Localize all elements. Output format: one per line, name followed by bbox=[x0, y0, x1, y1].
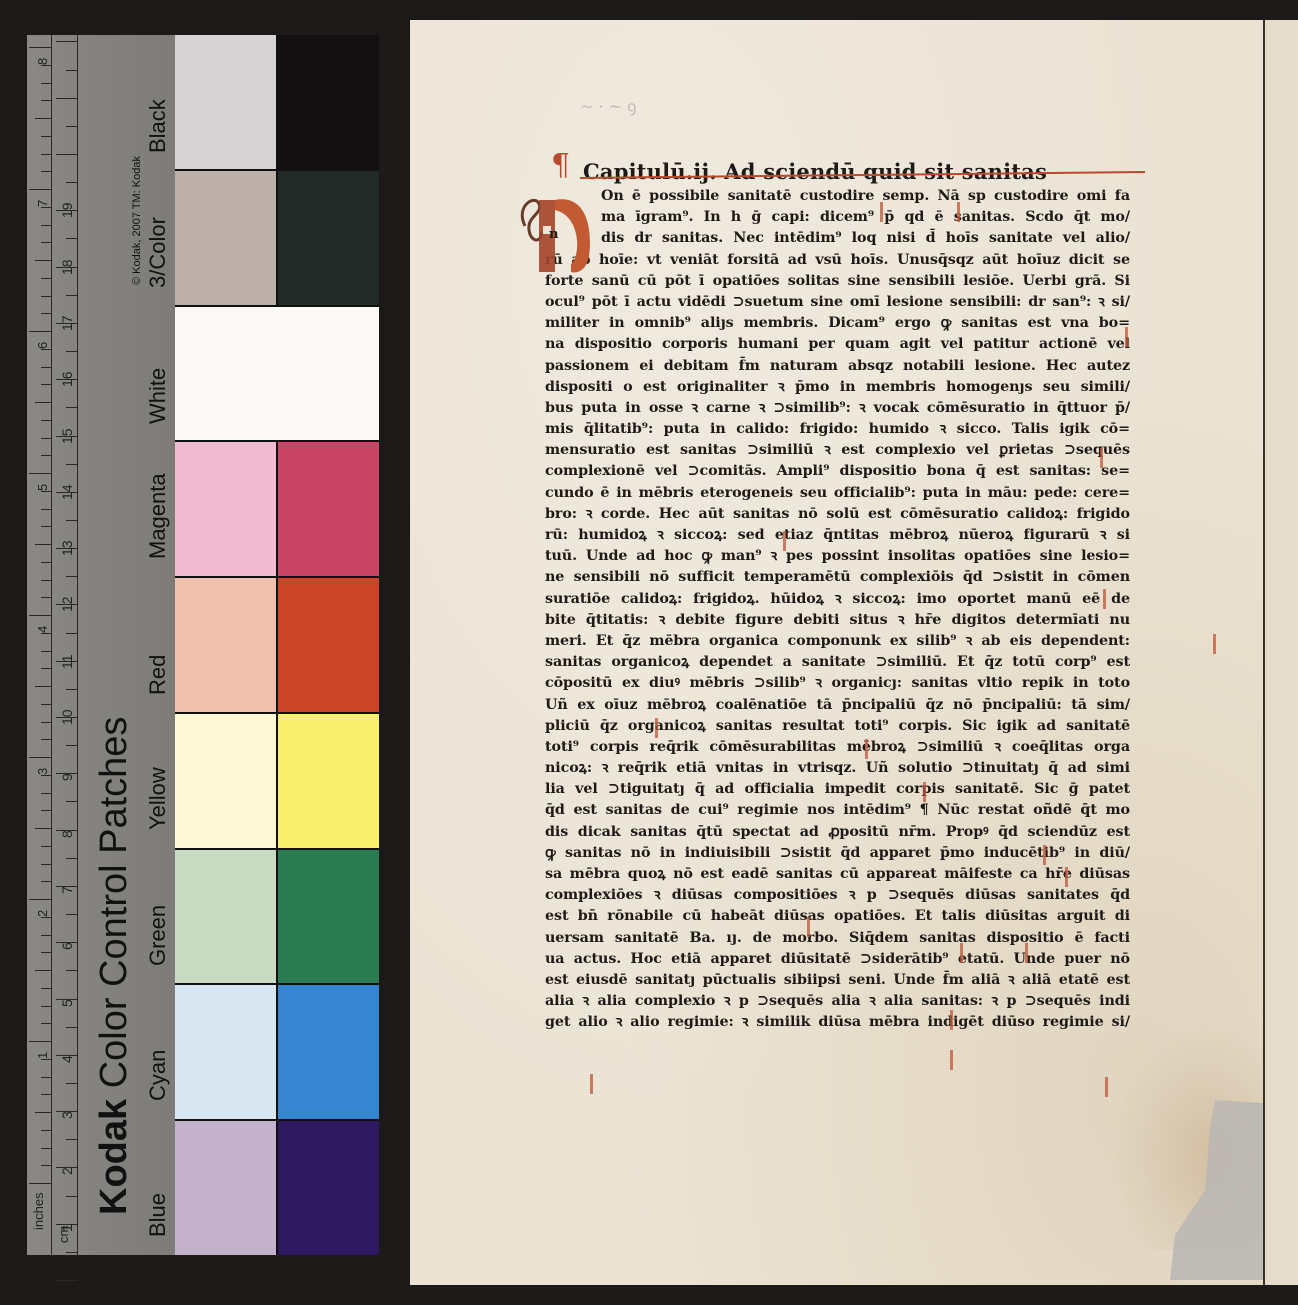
inch-tick bbox=[41, 722, 51, 723]
inch-tick bbox=[41, 171, 51, 172]
inch-tick bbox=[41, 881, 51, 882]
inch-number: 3 bbox=[35, 768, 50, 775]
inch-tick bbox=[29, 615, 51, 616]
inch-tick bbox=[35, 686, 51, 687]
inch-tick bbox=[41, 1023, 51, 1024]
inch-tick bbox=[41, 668, 51, 669]
patch-white bbox=[175, 307, 379, 441]
inch-tick bbox=[29, 757, 51, 758]
inch-tick bbox=[35, 828, 51, 829]
text-line: toti⁹ corpis req̄rik cōmēsurabilitas mēb… bbox=[545, 737, 1130, 758]
cm-tick bbox=[66, 633, 78, 634]
copyright-text: © Kodak, 2007 TM: Kodak bbox=[131, 156, 143, 285]
inch-number: 5 bbox=[35, 484, 50, 491]
rubrication-stroke bbox=[590, 1074, 593, 1094]
cm-number: 3 bbox=[59, 1111, 75, 1119]
inch-scale-line bbox=[51, 35, 52, 1255]
pilcrow-icon: ¶ bbox=[551, 152, 570, 180]
text-line: mensuratio est sanitas ⊃similiū ꝛ est co… bbox=[545, 440, 1130, 461]
inch-tick bbox=[29, 1183, 51, 1184]
illuminated-initial-n-icon: n bbox=[515, 186, 595, 278]
cm-number: 16 bbox=[59, 372, 75, 388]
text-line: dis dicak sanitas q̄tū spectat ad ꝓposit… bbox=[545, 822, 1130, 843]
cm-tick bbox=[66, 295, 78, 296]
patch-label-3color: 3/Color bbox=[145, 217, 171, 288]
inch-tick bbox=[41, 651, 51, 652]
cm-tick bbox=[66, 182, 78, 183]
patch-yellow-light bbox=[175, 714, 276, 848]
inch-tick bbox=[41, 793, 51, 794]
inch-tick bbox=[41, 278, 51, 279]
inch-tick bbox=[41, 367, 51, 368]
title-text: Color Control Patches bbox=[93, 717, 135, 1089]
inch-tick bbox=[41, 988, 51, 989]
cm-scale-line bbox=[77, 35, 78, 1255]
inch-tick bbox=[41, 846, 51, 847]
inch-tick bbox=[29, 1041, 51, 1042]
inch-tick bbox=[41, 1148, 51, 1149]
cm-tick bbox=[66, 801, 78, 802]
cm-tick bbox=[66, 238, 78, 239]
inch-tick bbox=[35, 970, 51, 971]
inch-tick bbox=[41, 810, 51, 811]
inch-number: 2 bbox=[35, 910, 50, 917]
ruler: inches cm 12345678 123456789101112131415… bbox=[27, 35, 177, 1255]
patch-label-green: Green bbox=[145, 905, 171, 966]
cm-number: 1 bbox=[59, 1224, 75, 1232]
cm-tick bbox=[66, 1139, 78, 1140]
cm-number: 5 bbox=[59, 999, 75, 1007]
cm-tick bbox=[66, 464, 78, 465]
inch-tick bbox=[41, 1094, 51, 1095]
text-lines: On ē possibile sanitatē custodire semp. … bbox=[545, 186, 1130, 1034]
cm-number: 9 bbox=[59, 774, 75, 782]
patch-black-dark bbox=[278, 35, 379, 169]
cm-tick bbox=[66, 126, 78, 127]
cm-tick bbox=[66, 1083, 78, 1084]
cm-tick bbox=[66, 351, 78, 352]
cm-tick bbox=[66, 407, 78, 408]
inch-number: 6 bbox=[35, 342, 50, 349]
printed-text-block: ¶ Capitulū.ij. Ad sciendū quid sit sanit… bbox=[545, 158, 1130, 1034]
text-line: bro: ꝛ corde. Hec aūt sanitas nō solū es… bbox=[545, 504, 1130, 525]
inch-number: 4 bbox=[35, 626, 50, 633]
cm-tick bbox=[66, 858, 78, 859]
inch-tick bbox=[29, 47, 51, 48]
chapter-heading: ¶ Capitulū.ij. Ad sciendū quid sit sanit… bbox=[545, 158, 1130, 186]
text-line: rū: humidoꝝ ꝛ siccoꝝ: sed etiaz q̄ntitas… bbox=[545, 525, 1130, 546]
text-line: rū ab hoīe: vt veniāt forsitā ad vsū hoī… bbox=[545, 250, 1130, 271]
text-line: nicoꝝ: ꝛ req̄rik etiā vnitas in vtrisqz.… bbox=[545, 758, 1130, 779]
cm-number: 6 bbox=[59, 942, 75, 950]
text-line: ocul⁹ pōt ī actu vidēdi ⊃suetum sine omī… bbox=[545, 292, 1130, 313]
inch-tick bbox=[41, 704, 51, 705]
kodak-color-target: inches cm 12345678 123456789101112131415… bbox=[27, 35, 379, 1255]
patch-label-red: Red bbox=[145, 654, 171, 694]
rubrication-stroke bbox=[807, 917, 810, 937]
inch-tick bbox=[35, 402, 51, 403]
text-line: dis dr sanitas. Nec intēdim⁹ loq nisi d̄… bbox=[545, 228, 1130, 249]
inch-tick bbox=[41, 384, 51, 385]
inch-tick bbox=[35, 1112, 51, 1113]
patch-green-dark bbox=[278, 850, 379, 984]
cm-tick bbox=[56, 1280, 78, 1281]
patch-black-light bbox=[175, 35, 276, 169]
inch-number: 8 bbox=[35, 58, 50, 65]
text-line: dispositi o est originaliter ꝛ p̄mo in m… bbox=[545, 377, 1130, 398]
patch-label-yellow: Yellow bbox=[145, 768, 171, 831]
offset-ink-mark: ~ · ~ ꝯ bbox=[580, 95, 670, 115]
inch-tick bbox=[41, 225, 51, 226]
facing-page-edge bbox=[1265, 20, 1298, 1285]
cm-number: 14 bbox=[59, 484, 75, 500]
inch-tick bbox=[41, 242, 51, 243]
rubrication-stroke bbox=[957, 202, 960, 222]
cm-number: 11 bbox=[59, 654, 75, 669]
patch-3color-dark bbox=[278, 171, 379, 305]
cm-tick bbox=[66, 1027, 78, 1028]
inch-tick bbox=[41, 597, 51, 598]
cm-tick bbox=[66, 914, 78, 915]
brand-name: Kodak bbox=[93, 1099, 135, 1215]
rubrication-stroke bbox=[1065, 867, 1068, 887]
inch-tick bbox=[29, 331, 51, 332]
text-line: On ē possibile sanitatē custodire semp. … bbox=[545, 186, 1130, 207]
cm-number: 12 bbox=[59, 597, 75, 613]
inch-tick bbox=[41, 83, 51, 84]
patch-label-black: Black bbox=[145, 99, 171, 153]
text-line: na dispositio corporis humani per quam a… bbox=[545, 334, 1130, 355]
text-line: Uñ ex oīuz mēbroꝝ coalēnatiōe tā p̄ncipa… bbox=[545, 695, 1130, 716]
text-line: cōpositū ex diuꝰ mēbris ⊃silib⁹ ꝛ organi… bbox=[545, 673, 1130, 694]
cm-tick bbox=[66, 1252, 78, 1253]
cm-tick bbox=[66, 70, 78, 71]
text-line: get alio ꝛ alio regimie: ꝛ similik diūsa… bbox=[545, 1012, 1130, 1033]
patch-blue-dark bbox=[278, 1121, 379, 1255]
inch-tick bbox=[41, 420, 51, 421]
rubrication-stroke bbox=[1025, 943, 1028, 963]
patch-blue-light bbox=[175, 1121, 276, 1255]
rubrication-stroke bbox=[960, 943, 963, 963]
patch-red-dark bbox=[278, 578, 379, 712]
patch-3color-light bbox=[175, 171, 276, 305]
text-line: passionem ei debitam f̄m naturam absqz n… bbox=[545, 356, 1130, 377]
cm-number: 2 bbox=[59, 1168, 75, 1176]
inch-tick bbox=[41, 296, 51, 297]
color-patches-grid bbox=[175, 35, 379, 1255]
text-line: cundo ē in mēbris eterogeneis seu offici… bbox=[545, 483, 1130, 504]
inch-tick bbox=[41, 1077, 51, 1078]
patch-green-light bbox=[175, 850, 276, 984]
rubrication-stroke bbox=[880, 202, 883, 222]
cm-number: 13 bbox=[59, 541, 75, 557]
patch-magenta-dark bbox=[278, 442, 379, 576]
inch-tick bbox=[41, 1006, 51, 1007]
text-line: tuū. Unde ad hoc ꝙ man⁹ ꝛ pes possint in… bbox=[545, 546, 1130, 567]
cm-tick bbox=[66, 689, 78, 690]
cm-number: 4 bbox=[59, 1055, 75, 1063]
text-line: uersam sanitatē Ba. ıȷ. de morbo. Siq̄de… bbox=[545, 928, 1130, 949]
patch-magenta-light bbox=[175, 442, 276, 576]
chapter-heading-text: Capitulū.ij. Ad sciendū quid sit sanitas bbox=[583, 159, 1047, 184]
text-line: q̄d est sanitas de cui⁹ regimie nos intē… bbox=[545, 800, 1130, 821]
patch-cyan-light bbox=[175, 985, 276, 1119]
cm-number: 10 bbox=[59, 709, 75, 725]
cm-number: 18 bbox=[59, 259, 75, 275]
inch-tick bbox=[41, 438, 51, 439]
cm-tick bbox=[66, 576, 78, 577]
patch-cyan-dark bbox=[278, 985, 379, 1119]
inch-tick bbox=[35, 544, 51, 545]
svg-text:n: n bbox=[549, 227, 559, 242]
inch-tick bbox=[41, 1130, 51, 1131]
inch-tick bbox=[41, 580, 51, 581]
inch-number: 7 bbox=[35, 200, 50, 207]
inch-tick bbox=[41, 154, 51, 155]
rubrication-stroke bbox=[865, 739, 868, 759]
cm-tick bbox=[56, 41, 78, 42]
text-line: est bn̄ rōnabile cū habeāt diūsas opatiō… bbox=[545, 906, 1130, 927]
rubrication-stroke bbox=[655, 718, 658, 738]
rubrication-stroke bbox=[1100, 448, 1103, 468]
text-line: mis q̄litatib⁹: puta in calido: frigido:… bbox=[545, 419, 1130, 440]
text-line: pliciū q̄z organicoꝝ sanitas resultat to… bbox=[545, 716, 1130, 737]
text-line: lia vel ⊃tiguitatȷ q̄ ad officialia impe… bbox=[545, 779, 1130, 800]
rubrication-stroke bbox=[1043, 845, 1046, 865]
inch-tick bbox=[41, 509, 51, 510]
text-line: ma īgram⁹. In h ḡ capi: dicem⁹ p̄ qd ē s… bbox=[545, 207, 1130, 228]
cm-tick bbox=[66, 745, 78, 746]
inch-tick bbox=[35, 118, 51, 119]
inch-tick bbox=[29, 473, 51, 474]
patch-label-blue: Blue bbox=[145, 1193, 171, 1237]
text-line: complexionē vel ⊃comitās. Ampli⁹ disposi… bbox=[545, 461, 1130, 482]
text-line: alia ꝛ alia complexio ꝛ p ⊃sequēs alia ꝛ… bbox=[545, 991, 1130, 1012]
inch-tick bbox=[41, 313, 51, 314]
inch-tick bbox=[41, 1165, 51, 1166]
text-line: forte sanū cū pōt ī opatiōes solitas sin… bbox=[545, 271, 1130, 292]
cm-number: 19 bbox=[59, 203, 75, 219]
target-title: Kodak Color Control Patches bbox=[93, 717, 136, 1215]
cm-tick bbox=[56, 98, 78, 99]
inch-tick bbox=[29, 189, 51, 190]
text-line: sanitas organicoꝝ dependet a sanitate ⊃s… bbox=[545, 652, 1130, 673]
inch-tick bbox=[41, 100, 51, 101]
cm-number: 8 bbox=[59, 830, 75, 838]
text-line: bus puta in osse ꝛ carne ꝛ ⊃similib⁹: ꝛ … bbox=[545, 398, 1130, 419]
rubrication-stroke bbox=[1103, 589, 1106, 609]
rubrication-stroke bbox=[1105, 1077, 1108, 1097]
text-line: militer in omnib⁹ aliȷs membris. Dicam⁹ … bbox=[545, 313, 1130, 334]
patch-label-white: White bbox=[145, 367, 171, 423]
inch-tick bbox=[41, 935, 51, 936]
inch-tick bbox=[41, 864, 51, 865]
text-line: bite q̄titatis: ꝛ debite figure debiti s… bbox=[545, 610, 1130, 631]
inch-tick bbox=[41, 136, 51, 137]
inch-tick bbox=[41, 562, 51, 563]
inch-tick bbox=[41, 455, 51, 456]
cm-number: 7 bbox=[59, 886, 75, 894]
patch-yellow-dark bbox=[278, 714, 379, 848]
cm-tick bbox=[66, 1196, 78, 1197]
patch-label-magenta: Magenta bbox=[145, 474, 171, 560]
text-line: ua actus. Hoc etiā apparet diūsitatē ⊃si… bbox=[545, 949, 1130, 970]
rubrication-stroke bbox=[950, 1010, 953, 1030]
inches-label: inches bbox=[31, 1192, 46, 1230]
cm-tick bbox=[56, 154, 78, 155]
inch-tick bbox=[41, 526, 51, 527]
cm-number: 17 bbox=[59, 315, 75, 331]
text-line: complexiōes ꝛ diūsas compositiōes ꝛ p ⊃s… bbox=[545, 885, 1130, 906]
cm-tick bbox=[66, 970, 78, 971]
text-line: ne sensibili nō sufficit temperamētū com… bbox=[545, 567, 1130, 588]
rubrication-stroke bbox=[950, 1050, 953, 1070]
text-line: est eiusdē sanitatȷ pūctualis sibiipsi s… bbox=[545, 970, 1130, 991]
inch-tick bbox=[41, 952, 51, 953]
patch-red-light bbox=[175, 578, 276, 712]
inch-tick bbox=[29, 899, 51, 900]
text-line: sa mēbra quoꝝ nō est eadē sanitas cū app… bbox=[545, 864, 1130, 885]
inch-tick bbox=[35, 260, 51, 261]
inch-tick bbox=[41, 739, 51, 740]
rubrication-stroke bbox=[1213, 634, 1216, 654]
inch-number: 1 bbox=[35, 1052, 50, 1059]
cm-number: 15 bbox=[59, 428, 75, 444]
patch-label-cyan: Cyan bbox=[145, 1050, 171, 1101]
cm-tick bbox=[66, 520, 78, 521]
rubrication-stroke bbox=[783, 531, 786, 551]
text-line: suratiōe calidoꝝ: frigidoꝝ. hūidoꝝ ꝛ sic… bbox=[545, 589, 1130, 610]
rubrication-stroke bbox=[923, 782, 926, 802]
text-line: meri. Et q̄z mēbra organica componunk ex… bbox=[545, 631, 1130, 652]
rubrication-stroke bbox=[1125, 327, 1128, 347]
